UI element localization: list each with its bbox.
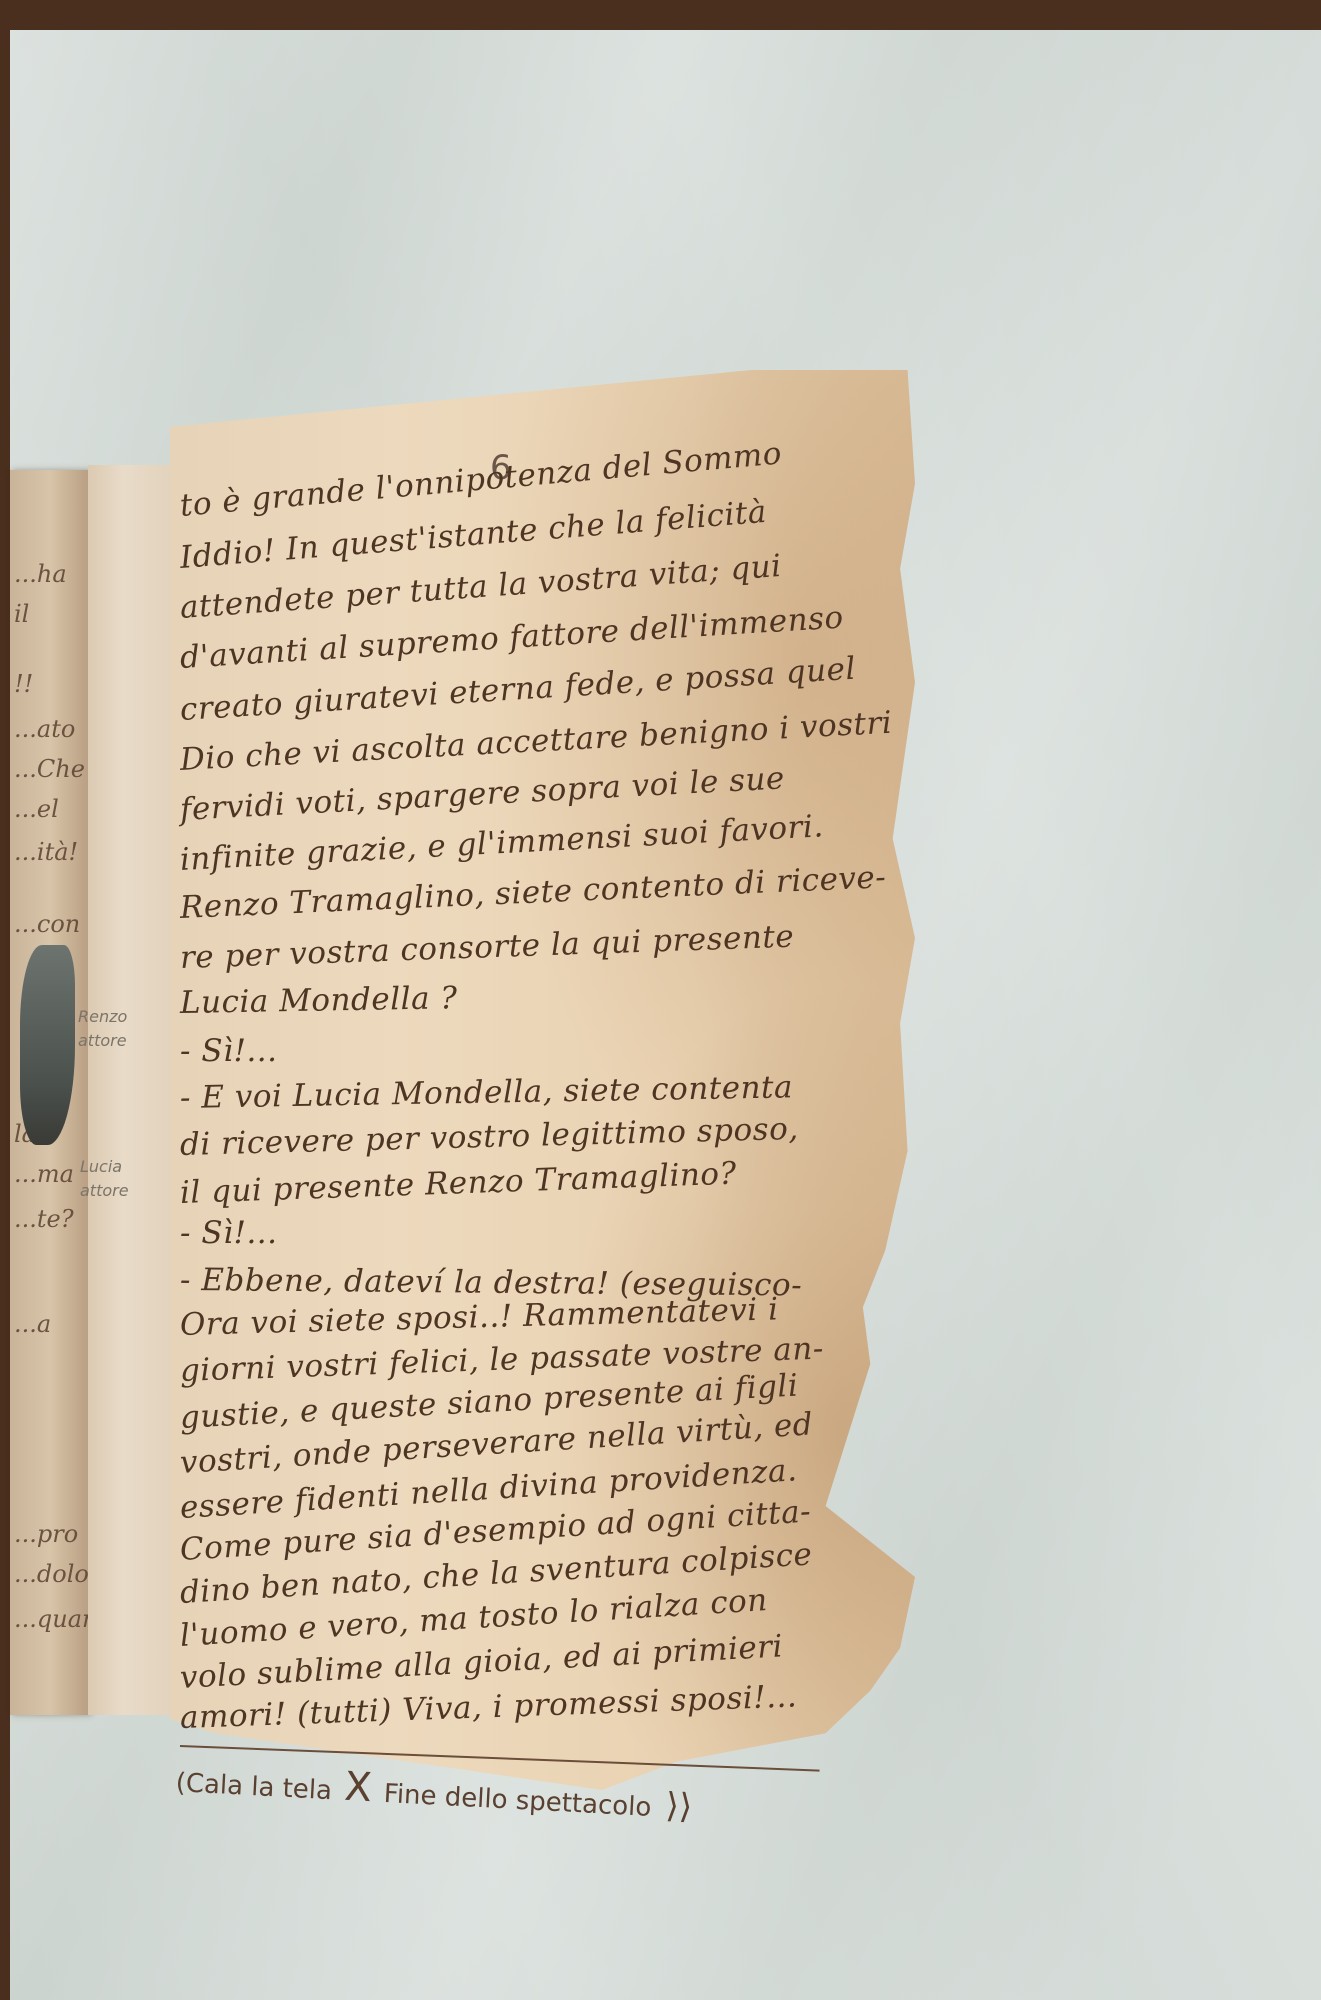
left-fragment: ...ha [14, 560, 67, 588]
left-fragment: ...a [14, 1310, 51, 1338]
left-fragment: ...pro [14, 1520, 78, 1548]
text-line: - Sì!... [180, 1033, 278, 1069]
page-gutter: Renzo attore Lucia attore [88, 465, 177, 1715]
footer-curtain-falls: (Cala la tela [175, 1768, 333, 1806]
left-fragment: !! [14, 670, 33, 698]
left-fragment: ...con [14, 910, 80, 938]
left-fragment: ...te? [14, 1205, 74, 1233]
cross-mark: X [343, 1764, 373, 1811]
text-line: - Sì!... [180, 1215, 278, 1251]
left-fragment: il [14, 600, 29, 628]
pencil-note-lucia: Lucia attore [80, 1155, 129, 1203]
torn-hole [20, 945, 75, 1145]
left-fragment: ...Che [14, 755, 85, 783]
pencil-note-renzo: Renzo attore [78, 1005, 127, 1053]
left-fragment: ...ma [14, 1160, 74, 1188]
end-mark: ⟩⟩ [665, 1786, 694, 1827]
left-fragment: ...dolo [14, 1560, 89, 1588]
left-fragment: ...ato [14, 715, 75, 743]
left-fragment: ...quan [14, 1605, 97, 1633]
text-line: Lucia Mondella ? [180, 980, 458, 1021]
left-fragment: ...ità! [14, 838, 78, 866]
left-fragment: ...el [14, 795, 59, 823]
